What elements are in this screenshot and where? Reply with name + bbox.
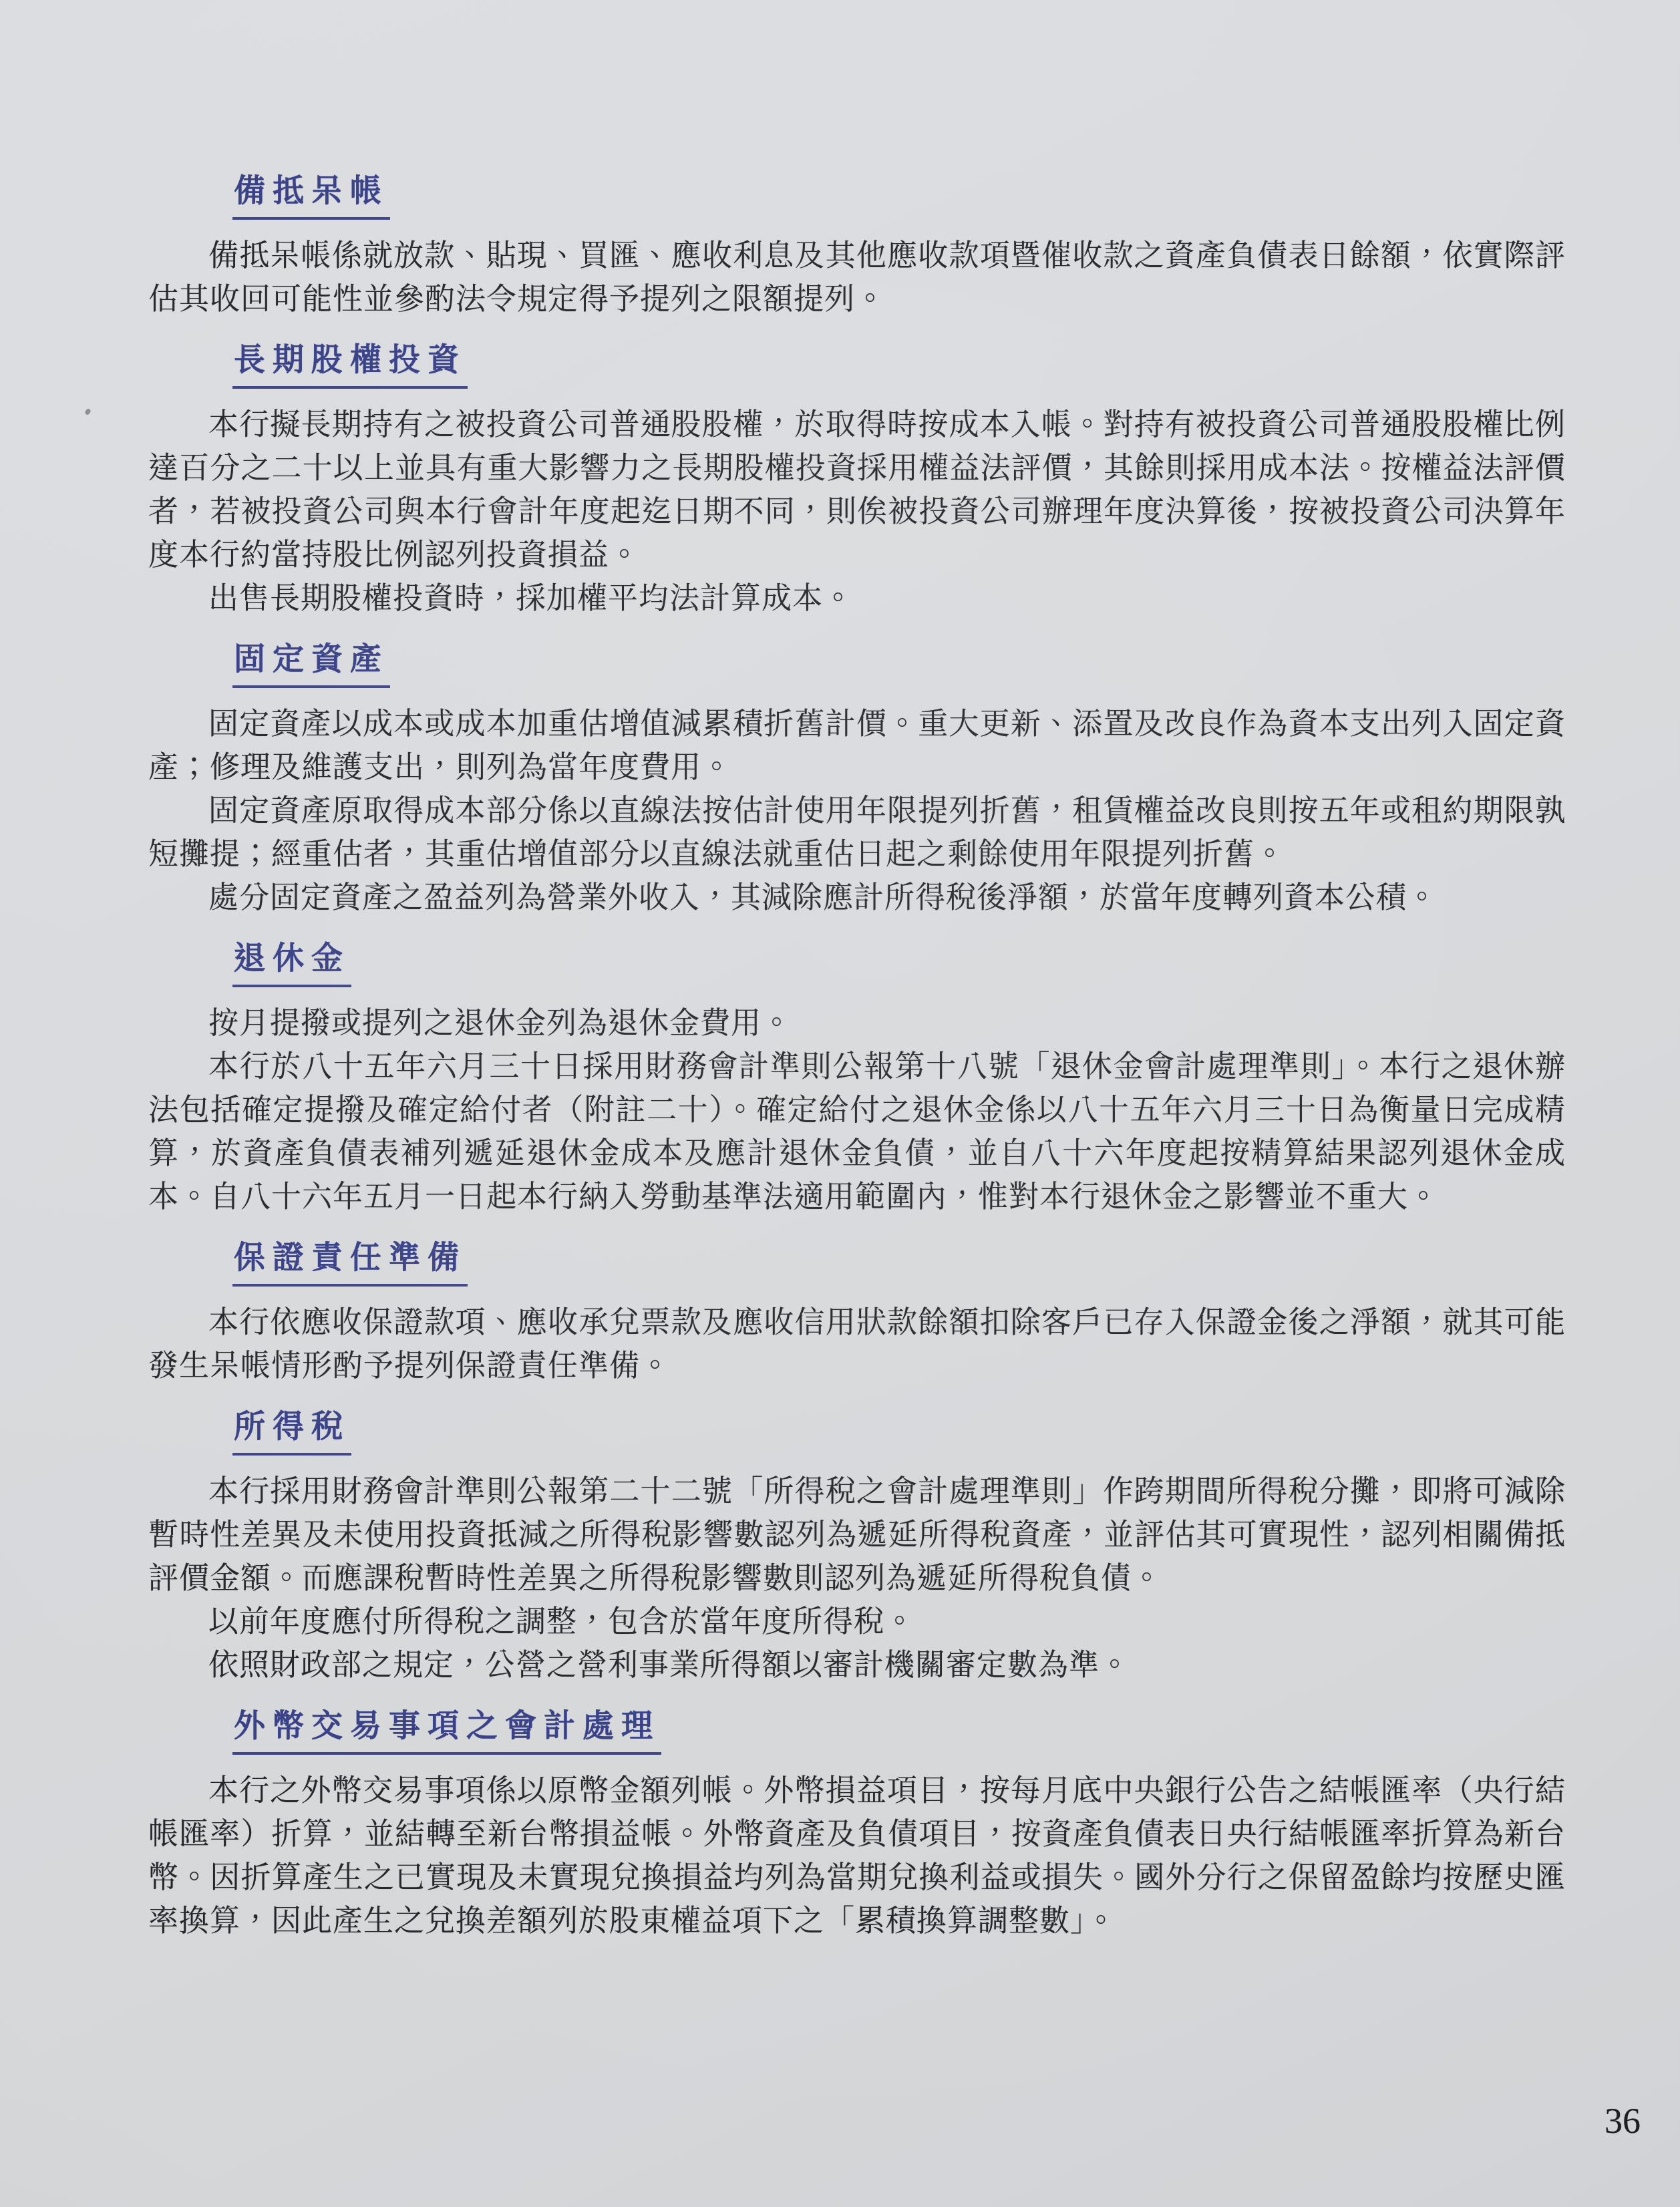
section-heading-foreign-currency-transactions: 外幣交易事項之會計處理	[232, 1705, 1566, 1755]
paragraph: 本行採用財務會計準則公報第二十二號「所得稅之會計處理準則」作跨期間所得稅分攤，即…	[148, 1470, 1566, 1600]
paragraph: 出售長期股權投資時，採加權平均法計算成本。	[148, 577, 1566, 621]
paragraph: 備抵呆帳係就放款、貼現、買匯、應收利息及其他應收款項暨催收款之資產負債表日餘額，…	[148, 234, 1566, 321]
paragraph: 處分固定資產之盈益列為營業外收入，其減除應計所得稅後淨額，於當年度轉列資本公積。	[148, 876, 1566, 920]
section-heading-long-term-equity-investments: 長期股權投資	[232, 339, 1566, 389]
section-foreign-currency-transactions: 外幣交易事項之會計處理 本行之外幣交易事項係以原幣金額列帳。外幣損益項目，按每月…	[148, 1705, 1566, 1943]
paragraph: 以前年度應付所得稅之調整，包含於當年度所得稅。	[148, 1600, 1566, 1644]
paragraph: 按月提撥或提列之退休金列為退休金費用。	[148, 1002, 1566, 1045]
section-allowance-for-bad-debts: 備抵呆帳 備抵呆帳係就放款、貼現、買匯、應收利息及其他應收款項暨催收款之資產負債…	[148, 170, 1566, 321]
document-page: 備抵呆帳 備抵呆帳係就放款、貼現、買匯、應收利息及其他應收款項暨催收款之資產負債…	[0, 0, 1680, 2207]
section-heading-income-tax: 所得稅	[232, 1405, 1566, 1456]
page-number: 36	[1605, 2103, 1641, 2139]
section-income-tax: 所得稅 本行採用財務會計準則公報第二十二號「所得稅之會計處理準則」作跨期間所得稅…	[148, 1405, 1566, 1687]
paragraph: 本行於八十五年六月三十日採用財務會計準則公報第十八號「退休金會計處理準則」。本行…	[148, 1045, 1566, 1219]
section-heading-guarantee-reserve: 保證責任準備	[232, 1236, 1566, 1287]
paragraph: 固定資產以成本或成本加重估增值減累積折舊計價。重大更新、添置及改良作為資本支出列…	[148, 703, 1566, 790]
paragraph: 依照財政部之規定，公營之營利事業所得額以審計機關審定數為準。	[148, 1644, 1566, 1687]
scan-speck	[84, 408, 92, 415]
section-guarantee-reserve: 保證責任準備 本行依應收保證款項、應收承兌票款及應收信用狀款餘額扣除客戶已存入保…	[148, 1236, 1566, 1388]
paragraph: 本行擬長期持有之被投資公司普通股股權，於取得時按成本入帳。對持有被投資公司普通股…	[148, 403, 1566, 577]
paragraph: 本行之外幣交易事項係以原幣金額列帳。外幣損益項目，按每月底中央銀行公告之結帳匯率…	[148, 1769, 1566, 1943]
section-heading-fixed-assets: 固定資產	[232, 638, 1566, 688]
page-content: 備抵呆帳 備抵呆帳係就放款、貼現、買匯、應收利息及其他應收款項暨催收款之資產負債…	[148, 152, 1566, 1943]
paragraph: 本行依應收保證款項、應收承兌票款及應收信用狀款餘額扣除客戶已存入保證金後之淨額，…	[148, 1301, 1566, 1388]
section-fixed-assets: 固定資產 固定資產以成本或成本加重估增值減累積折舊計價。重大更新、添置及改良作為…	[148, 638, 1566, 920]
section-long-term-equity-investments: 長期股權投資 本行擬長期持有之被投資公司普通股股權，於取得時按成本入帳。對持有被…	[148, 339, 1566, 621]
section-heading-pension: 退休金	[232, 937, 1566, 987]
section-pension: 退休金 按月提撥或提列之退休金列為退休金費用。 本行於八十五年六月三十日採用財務…	[148, 937, 1566, 1219]
section-heading-allowance-for-bad-debts: 備抵呆帳	[232, 170, 1566, 220]
paragraph: 固定資產原取得成本部分係以直線法按估計使用年限提列折舊，租賃權益改良則按五年或租…	[148, 790, 1566, 876]
